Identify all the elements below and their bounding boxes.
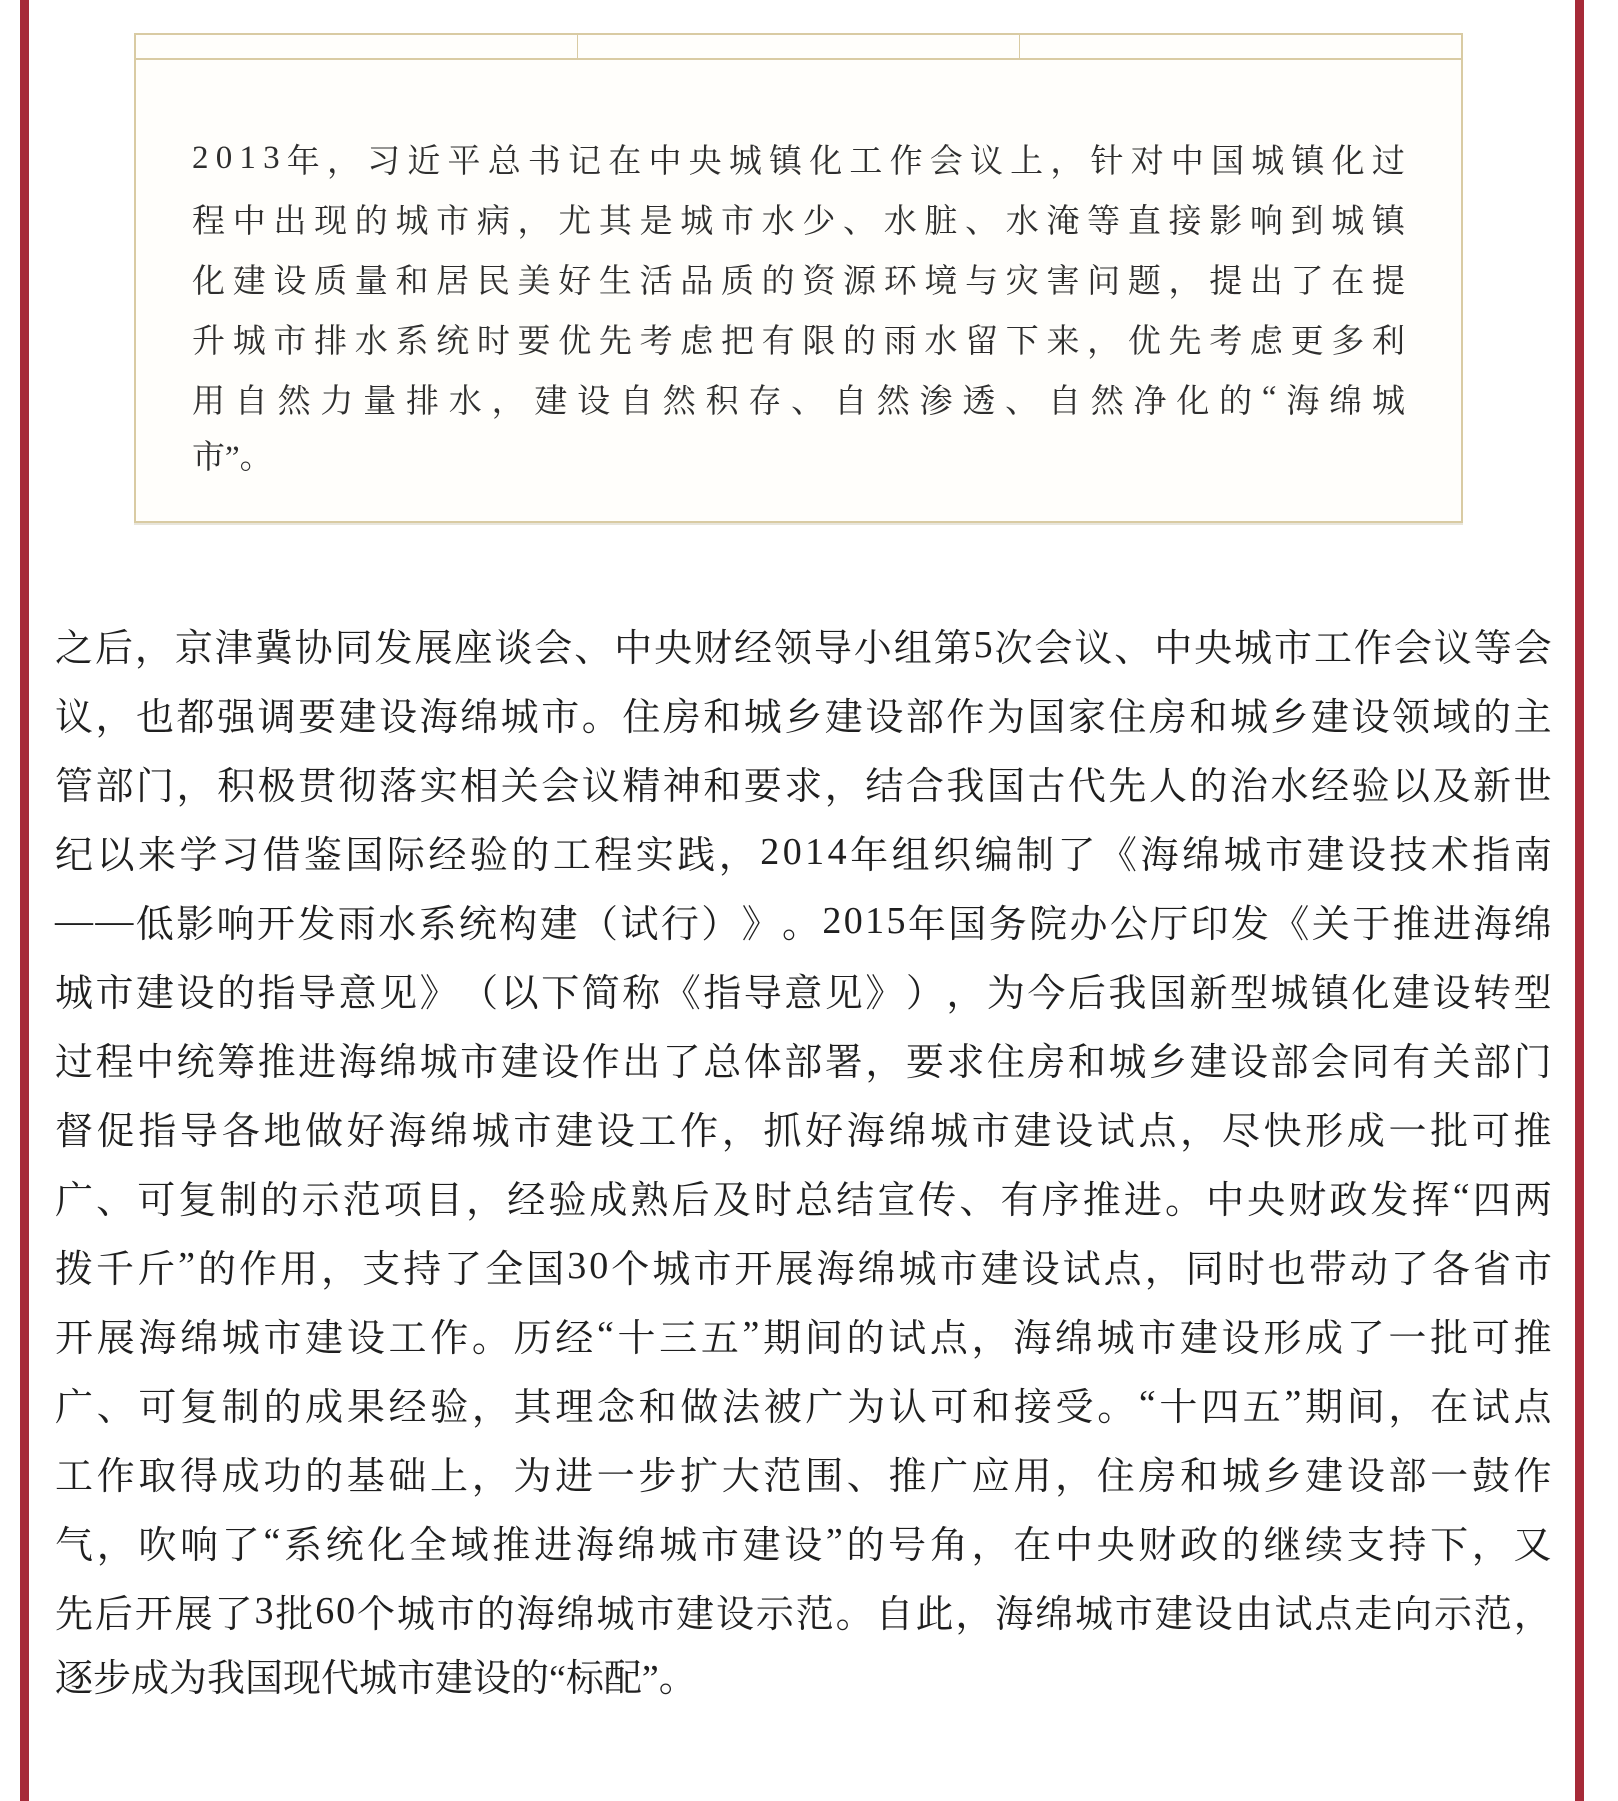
quote-paragraph: 2013年，习近平总书记在中央城镇化工作会议上，针对中国城镇化过程中出现的城市病…: [136, 60, 1461, 488]
text-line: 市”。: [192, 428, 1405, 488]
text-line: 过程中统筹推进海绵城市建设作出了总体部署，要求住房和城乡建设部会同有关部门: [55, 1024, 1552, 1093]
text-line: 气，吹响了“系统化全域推进海绵城市建设”的号角，在中央财政的继续支持下，又: [55, 1507, 1552, 1576]
text-line: 化建设质量和居民美好生活品质的资源环境与灾害问题，提出了在提: [192, 248, 1405, 308]
text-line: 管部门，积极贯彻落实相关会议精神和要求，结合我国古代先人的治水经验以及新世: [55, 748, 1552, 817]
text-line: 开展海绵城市建设工作。历经“十三五”期间的试点，海绵城市建设形成了一批可推: [55, 1300, 1552, 1369]
quote-box: 2013年，习近平总书记在中央城镇化工作会议上，针对中国城镇化过程中出现的城市病…: [134, 33, 1463, 523]
page-border-left: [20, 0, 29, 1801]
text-line: 督促指导各地做好海绵城市建设工作，抓好海绵城市建设试点，尽快形成一批可推: [55, 1093, 1552, 1162]
text-line: 程中出现的城市病，尤其是城市水少、水脏、水淹等直接影响到城镇: [192, 188, 1405, 248]
text-line: 用自然力量排水，建设自然积存、自然渗透、自然净化的“海绵城: [192, 368, 1405, 428]
text-line: 议，也都强调要建设海绵城市。住房和城乡建设部作为国家住房和城乡建设领域的主: [55, 679, 1552, 748]
document-page: 2013年，习近平总书记在中央城镇化工作会议上，针对中国城镇化过程中出现的城市病…: [0, 0, 1618, 1801]
text-line: 逐步成为我国现代城市建设的“标配”。: [55, 1645, 1552, 1714]
text-line: 拨千斤”的作用，支持了全国30个城市开展海绵城市建设试点，同时也带动了各省市: [55, 1231, 1552, 1300]
text-line: ——低影响开发雨水系统构建（试行）》。2015年国务院办公厅印发《关于推进海绵: [55, 886, 1552, 955]
table-cell: [136, 35, 577, 58]
text-line: 纪以来学习借鉴国际经验的工程实践，2014年组织编制了《海绵城市建设技术指南: [55, 817, 1552, 886]
text-line: 先后开展了3批60个城市的海绵城市建设示范。自此，海绵城市建设由试点走向示范，: [55, 1576, 1552, 1645]
text-line: 工作取得成功的基础上，为进一步扩大范围、推广应用，住房和城乡建设部一鼓作: [55, 1438, 1552, 1507]
text-line: 2013年，习近平总书记在中央城镇化工作会议上，针对中国城镇化过: [192, 128, 1405, 188]
text-line: 之后，京津冀协同发展座谈会、中央财经领导小组第5次会议、中央城市工作会议等会: [55, 610, 1552, 679]
quote-box-header-row: [136, 35, 1461, 60]
text-line: 升城市排水系统时要优先考虑把有限的雨水留下来，优先考虑更多利: [192, 308, 1405, 368]
page-border-right: [1575, 0, 1584, 1801]
table-cell: [577, 35, 1019, 58]
text-line: 城市建设的指导意见》（以下简称《指导意见》），为今后我国新型城镇化建设转型: [55, 955, 1552, 1024]
text-line: 广、可复制的成果经验，其理念和做法被广为认可和接受。“十四五”期间，在试点: [55, 1369, 1552, 1438]
table-cell: [1019, 35, 1461, 58]
body-paragraph: 之后，京津冀协同发展座谈会、中央财经领导小组第5次会议、中央城市工作会议等会议，…: [55, 610, 1552, 1714]
text-line: 广、可复制的示范项目，经验成熟后及时总结宣传、有序推进。中央财政发挥“四两: [55, 1162, 1552, 1231]
